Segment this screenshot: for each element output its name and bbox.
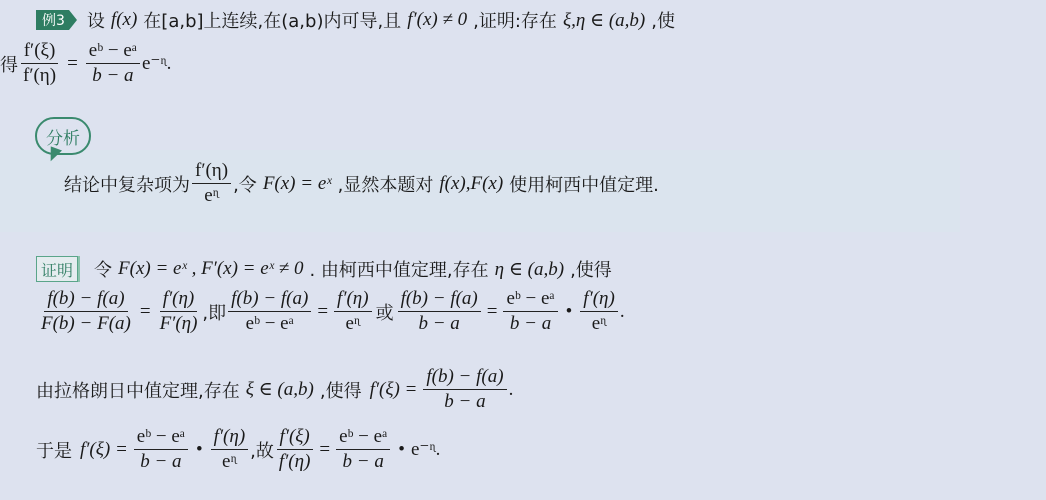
fraction: f′(η)eᶯ	[192, 160, 231, 207]
example-line-1: 例3 设 f(x) 在[a,b]上连续,在(a,b)内可导,且 f′(x) ≠ …	[36, 7, 675, 33]
fraction: f′(ξ)f′(η)	[20, 40, 59, 87]
proof-line-1: 证明 令 F(x) = eˣ , F′(x) = eˣ ≠ 0 . 由柯西中值定…	[36, 256, 612, 282]
fraction: eᵇ − eᵃb − a	[86, 40, 140, 87]
example-line-2: 得 f′(ξ)f′(η) = eᵇ − eᵃb − a e⁻ᶯ.	[0, 40, 171, 87]
example-tag: 例3	[36, 10, 69, 30]
proof-line-4: 于是 f′(ξ) = eᵇ − eᵃb − a • f′(η)eᶯ ,故 f′(…	[36, 426, 440, 473]
proof-line-3: 由拉格朗日中值定理,存在 ξ ∈ (a,b) ,使得 f′(ξ) = f(b) …	[36, 366, 513, 413]
proof-line-2: f(b) − f(a)F(b) − F(a) = f′(η)F′(η) ,即 f…	[36, 288, 625, 335]
analysis-tag: 分析	[35, 117, 91, 155]
proof-tag: 证明	[36, 256, 78, 282]
analysis-text: 结论中复杂项为 f′(η)eᶯ ,令 F(x) = eˣ ,显然本题对 f(x)…	[64, 160, 659, 207]
